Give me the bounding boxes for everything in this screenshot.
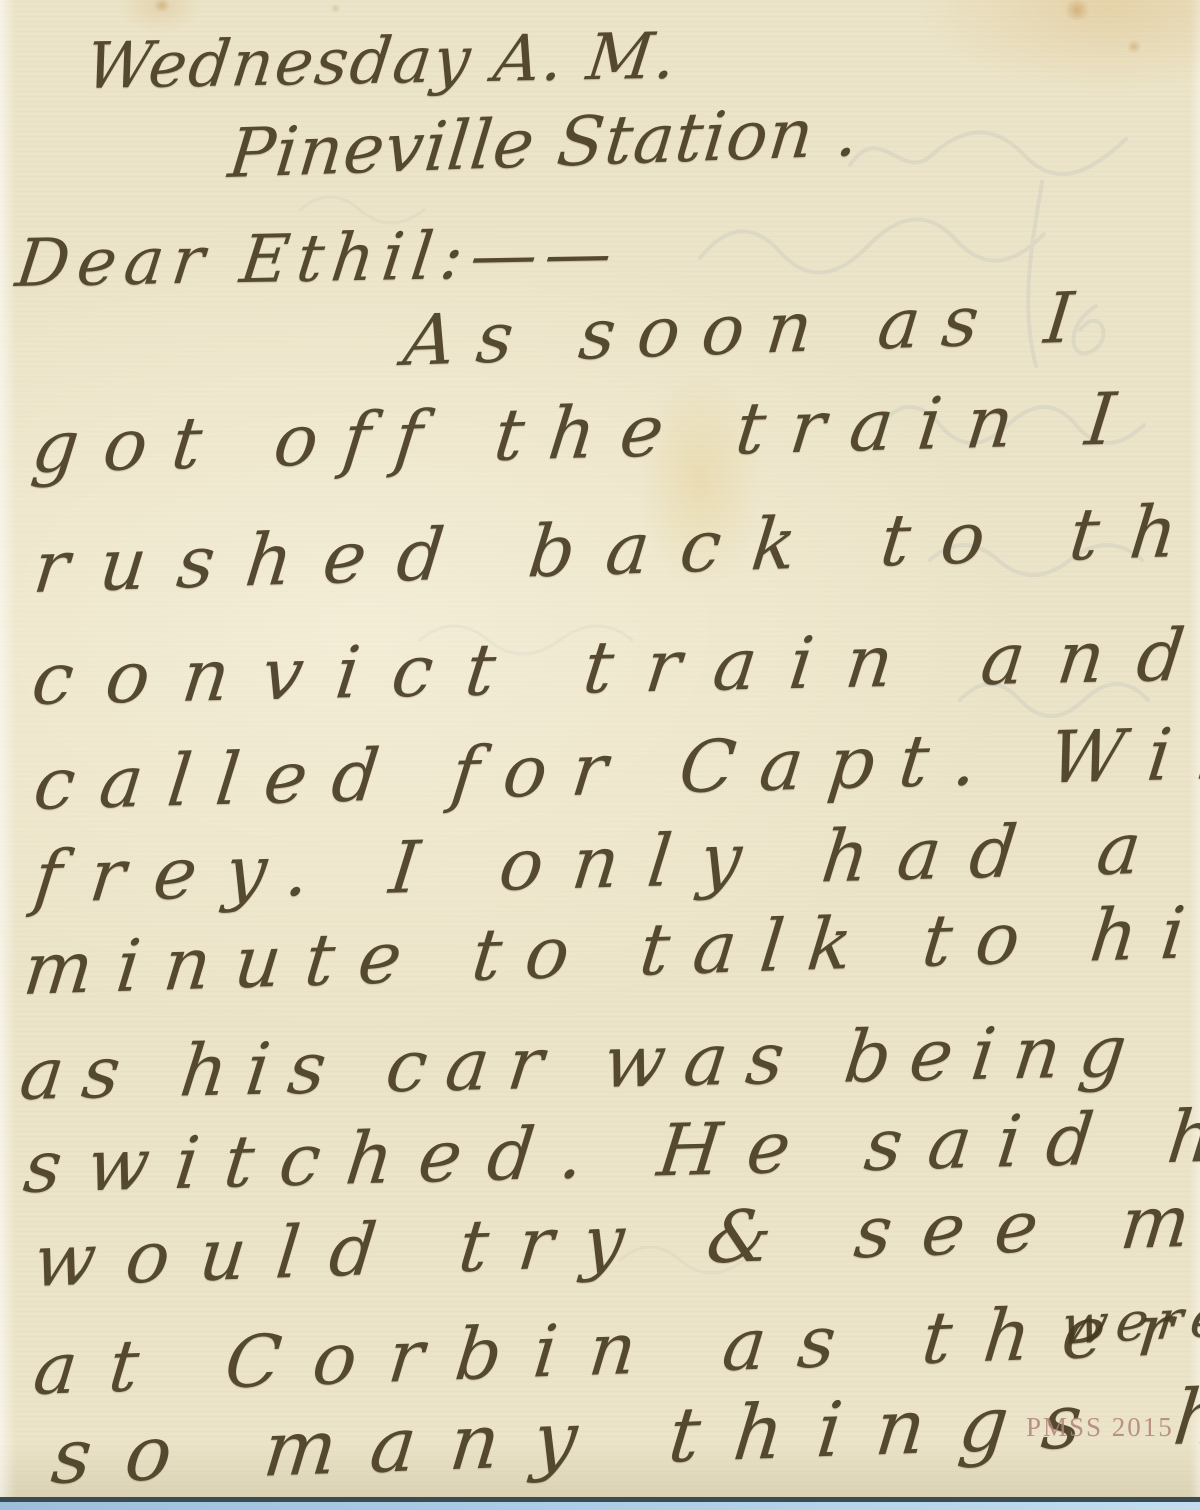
scan-edge-blue — [0, 1502, 1200, 1510]
letter-body-line: as his car was being — [16, 1012, 1150, 1115]
letter-salutation: Dear Ethil:—— — [12, 218, 624, 301]
letter-body-line: convict train and — [28, 615, 1200, 719]
letter-body-line: rushed back to the — [30, 489, 1200, 607]
paper-stain — [1062, 0, 1092, 20]
letter-body-line: called for Capt. Win- — [30, 712, 1200, 825]
paper-stain — [330, 4, 341, 13]
scanned-letter: { "letter": { "date_line": "Wednesday A.… — [0, 0, 1200, 1510]
letter-place-line: Pineville Station . — [225, 96, 863, 193]
inserted-word: were — [1058, 1287, 1200, 1355]
letter-body-line: got off the train I — [28, 379, 1144, 487]
pmss-watermark: PMSS 2015 — [1026, 1412, 1174, 1443]
paper-stain — [1126, 40, 1142, 53]
letter-page: Wednesday A. M. Pineville Station . Dear… — [0, 0, 1200, 1497]
letter-date-line: Wednesday A. M. — [82, 22, 682, 103]
letter-body-line: As soon as I — [400, 279, 1099, 380]
paper-stain — [152, 0, 172, 11]
